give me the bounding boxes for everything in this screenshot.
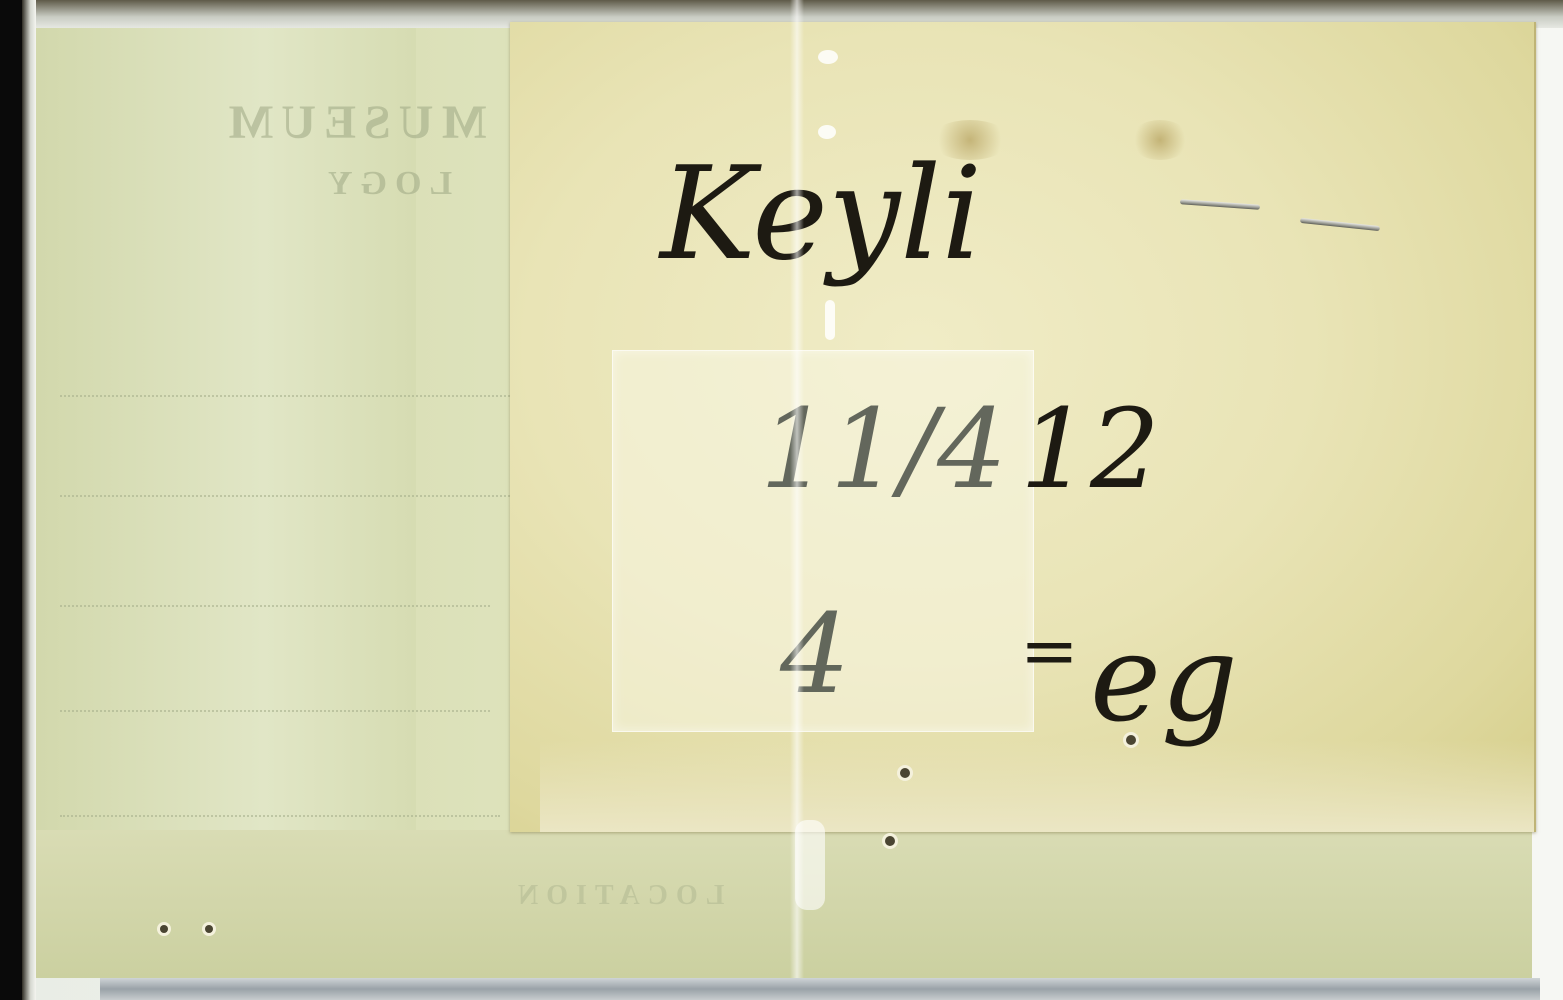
pin-hole (160, 925, 168, 933)
ruled-line (60, 710, 490, 712)
mirrored-print-logy: LOGY (320, 165, 452, 203)
ruled-line (60, 605, 490, 607)
mirrored-print-museum: MUSEUM (220, 95, 487, 150)
handwritten-date-year: 12 (1020, 385, 1160, 513)
sleeve-bottom-edge (100, 978, 1540, 1000)
ruled-line (60, 495, 510, 497)
handwritten-equals: = (1020, 610, 1079, 692)
ruled-line (60, 395, 510, 397)
ruled-line (60, 815, 500, 817)
glare (825, 300, 835, 340)
pin-hole (205, 925, 213, 933)
mirrored-print-location: LOCATION (510, 880, 724, 912)
pin-hole (885, 836, 895, 846)
specimen-label-lower-area (540, 740, 1534, 832)
backing-card-bottom-band (36, 830, 1532, 978)
glare (818, 50, 838, 64)
handwritten-name: Keyli (660, 140, 982, 289)
handwritten-eggs-abbrev: eg (1090, 610, 1238, 749)
stain (1130, 120, 1190, 160)
glare (795, 820, 825, 910)
glare (818, 125, 836, 139)
pin-hole (1126, 735, 1136, 745)
pin-hole (900, 768, 910, 778)
sleeve-left-edge (22, 0, 36, 1000)
